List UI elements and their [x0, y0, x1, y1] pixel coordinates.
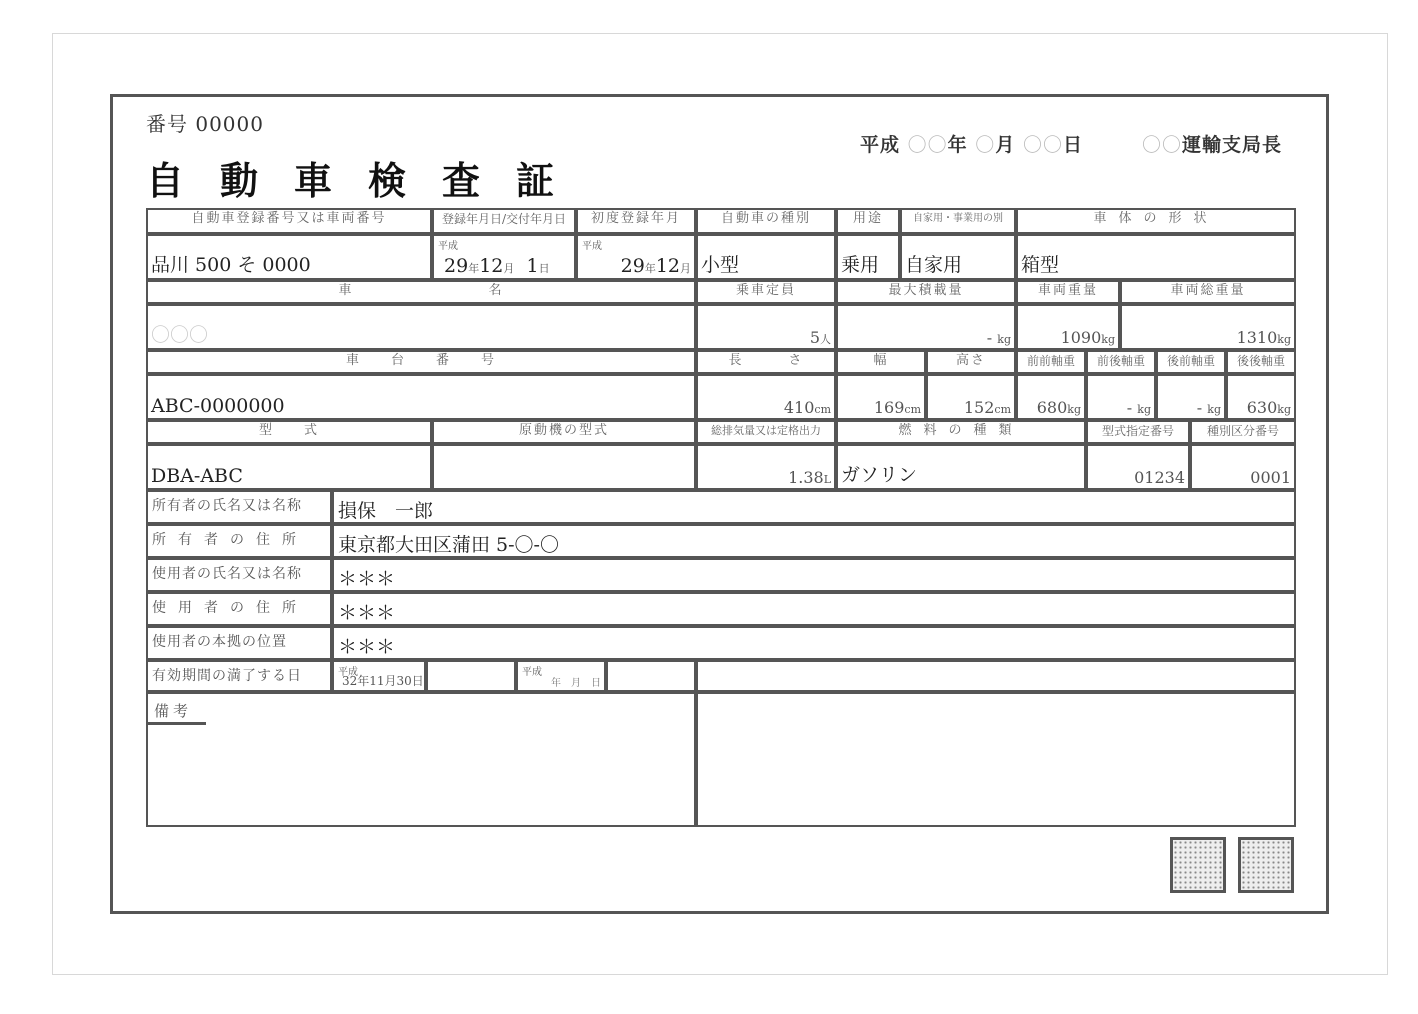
remarks-underline: [148, 722, 206, 725]
ff-axle-unit: kg: [1067, 403, 1081, 416]
max-load-number: -: [987, 328, 992, 347]
header-vehicle-weight: 車両重量: [1016, 280, 1120, 304]
width-value: 169cm: [874, 398, 921, 417]
header-registration-date: 登録年月日/交付年月日: [432, 208, 576, 234]
office-title: 運輸支局長: [1182, 134, 1282, 156]
expiry-date2-value: 年 月 日: [551, 674, 601, 689]
width-unit: cm: [904, 403, 921, 416]
fuel-type-cell: ガソリン: [836, 444, 1086, 490]
usage-cell: 乗用: [836, 234, 900, 280]
registration-number-cell: 品川 500 そ 0000: [146, 234, 432, 280]
gross-weight-number: 1310: [1237, 328, 1278, 347]
fr-axle-number: -: [1127, 398, 1132, 417]
fuel-type-value: ガソリン: [841, 460, 917, 487]
expiry-date-value: 32年11月30日: [342, 672, 424, 689]
model-cell: DBA-ABC: [146, 444, 432, 490]
width-number: 169: [874, 398, 905, 417]
person-value: ＊＊＊: [338, 598, 395, 625]
vehicle-weight-cell: 1090kg: [1016, 304, 1120, 350]
rr-axle-number: 630: [1247, 398, 1278, 417]
rf-axle-unit: kg: [1207, 403, 1221, 416]
header-rear-front-axle: 後前軸重: [1156, 350, 1226, 374]
expiry-date-cell: 平成 32年11月30日: [332, 660, 426, 692]
rf-axle-number: -: [1197, 398, 1202, 417]
person-label: 所有者の住所: [146, 524, 332, 558]
length-unit: cm: [814, 403, 831, 416]
gross-weight-cell: 1310kg: [1120, 304, 1296, 350]
header-engine-model: 原動機の型式: [432, 420, 696, 444]
header-height: 高さ: [926, 350, 1016, 374]
capacity-value: 5人: [810, 328, 831, 347]
person-value-cell: 東京都大田区蒲田 5-〇-〇: [332, 524, 1296, 558]
type-designation-cell: 01234: [1086, 444, 1190, 490]
first-registration-value: 29年12月: [621, 255, 691, 277]
office-placeholder: 〇〇: [1142, 134, 1182, 156]
private-business-value: 自家用: [905, 250, 962, 277]
first-registration-cell: 平成 29年12月: [576, 234, 696, 280]
header-private-business: 自家用・事業用の別: [900, 208, 1016, 234]
gross-weight-value: 1310kg: [1237, 328, 1291, 347]
capacity-unit: 人: [820, 333, 831, 346]
height-value: 152cm: [964, 398, 1011, 417]
registration-date-era: 平成: [438, 237, 458, 252]
registration-number-value: 品川 500 そ 0000: [151, 250, 311, 277]
header-front-rear-axle: 前後軸重: [1086, 350, 1156, 374]
front-front-axle-cell: 680kg: [1016, 374, 1086, 420]
capacity-cell: 5人: [696, 304, 836, 350]
seal-stamp-icon: [1170, 837, 1226, 893]
remarks-right: [696, 692, 1296, 827]
body-shape-value: 箱型: [1021, 250, 1059, 277]
capacity-number: 5: [810, 328, 820, 347]
type-designation-value: 01234: [1134, 468, 1185, 487]
front-front-axle-value: 680kg: [1037, 398, 1081, 417]
header-rear-rear-axle: 後後軸重: [1226, 350, 1296, 374]
header-gross-weight: 車両総重量: [1120, 280, 1296, 304]
usage-value: 乗用: [841, 250, 879, 277]
displacement-value: 1.38L: [788, 468, 831, 487]
header-width: 幅: [836, 350, 926, 374]
reg-month: 12: [479, 255, 503, 277]
reg-day: 1: [526, 255, 538, 277]
header-fuel-type: 燃料の種類: [836, 420, 1086, 444]
first-month-unit: 月: [680, 262, 691, 275]
seal-stamp-icon: [1238, 837, 1294, 893]
person-value-cell: 損保 一郎: [332, 490, 1296, 524]
reg-year: 29: [444, 255, 468, 277]
first-year-unit: 年: [645, 262, 656, 275]
issuing-office: 〇〇運輸支局長: [1142, 130, 1282, 157]
header-category-number: 種別区分番号: [1190, 420, 1296, 444]
expiry-era2: 平成: [522, 663, 542, 678]
expiry-blank-cell-1: [426, 660, 516, 692]
header-body-shape: 車体の形状: [1016, 208, 1296, 234]
expiry-label: 有効期間の満了する日: [146, 660, 332, 692]
person-value: 東京都大田区蒲田 5-〇-〇: [338, 530, 559, 557]
header-usage: 用途: [836, 208, 900, 234]
expiry-date2-cell: 平成 年 月 日: [516, 660, 606, 692]
width-cell: 169cm: [836, 374, 926, 420]
remarks-left: 備考: [146, 692, 696, 827]
header-model: 型 式: [146, 420, 432, 444]
person-label: 使用者の氏名又は名称: [146, 558, 332, 592]
header-front-front-axle: 前前軸重: [1016, 350, 1086, 374]
max-load-unit: kg: [997, 333, 1011, 346]
chassis-number-value: ABC-0000000: [151, 395, 285, 417]
person-label: 所有者の氏名又は名称: [146, 490, 332, 524]
max-load-cell: - kg: [836, 304, 1016, 350]
header-vehicle-type: 自動車の種別: [696, 208, 836, 234]
category-number-value: 0001: [1250, 468, 1291, 487]
issue-day: 〇〇: [1023, 134, 1063, 156]
vehicle-type-cell: 小型: [696, 234, 836, 280]
issue-year: 〇〇: [908, 134, 948, 156]
person-label: 使用者の住所: [146, 592, 332, 626]
front-rear-axle-cell: - kg: [1086, 374, 1156, 420]
max-load-value: - kg: [987, 328, 1011, 347]
person-value: ＊＊＊: [338, 564, 395, 591]
expiry-blank-cell-3: [696, 660, 1296, 692]
vehicle-name-cell: 〇〇〇: [146, 304, 696, 350]
header-capacity: 乗車定員: [696, 280, 836, 304]
header-type-designation: 型式指定番号: [1086, 420, 1190, 444]
rear-rear-axle-value: 630kg: [1247, 398, 1291, 417]
person-value-cell: ＊＊＊: [332, 626, 1296, 660]
ff-axle-number: 680: [1037, 398, 1068, 417]
height-number: 152: [964, 398, 995, 417]
length-value: 410cm: [784, 398, 831, 417]
private-business-cell: 自家用: [900, 234, 1016, 280]
displacement-cell: 1.38L: [696, 444, 836, 490]
height-cell: 152cm: [926, 374, 1016, 420]
person-value-cell: ＊＊＊: [332, 592, 1296, 626]
person-label: 使用者の本拠の位置: [146, 626, 332, 660]
reg-year-unit: 年: [468, 262, 479, 275]
rear-front-axle-cell: - kg: [1156, 374, 1226, 420]
displacement-unit: L: [824, 473, 831, 486]
vehicle-weight-unit: kg: [1101, 333, 1115, 346]
issue-era: 平成: [860, 134, 900, 156]
remarks-label: 備考: [154, 700, 192, 721]
vehicle-weight-number: 1090: [1061, 328, 1102, 347]
vehicle-weight-value: 1090kg: [1061, 328, 1115, 347]
category-number-cell: 0001: [1190, 444, 1296, 490]
height-unit: cm: [994, 403, 1011, 416]
header-first-registration: 初度登録年月: [576, 208, 696, 234]
expiry-blank-cell-2: [606, 660, 696, 692]
first-year: 29: [621, 255, 645, 277]
issue-date: 平成 〇〇年 〇月 〇〇日: [860, 130, 1083, 157]
rear-rear-axle-cell: 630kg: [1226, 374, 1296, 420]
person-value: ＊＊＊: [338, 632, 395, 659]
fr-axle-unit: kg: [1137, 403, 1151, 416]
body-shape-cell: 箱型: [1016, 234, 1296, 280]
rr-axle-unit: kg: [1277, 403, 1291, 416]
header-length: 長 さ: [696, 350, 836, 374]
first-registration-era: 平成: [582, 237, 602, 252]
registration-date-cell: 平成 29年12月 1日: [432, 234, 576, 280]
vehicle-name-value: 〇〇〇: [151, 320, 208, 347]
person-value: 損保 一郎: [338, 496, 433, 523]
reg-day-unit: 日: [539, 262, 550, 275]
chassis-number-cell: ABC-0000000: [146, 374, 696, 420]
gross-weight-unit: kg: [1277, 333, 1291, 346]
length-number: 410: [784, 398, 815, 417]
model-value: DBA-ABC: [151, 465, 243, 487]
first-month: 12: [656, 255, 680, 277]
header-chassis-number: 車 台 番 号: [146, 350, 696, 374]
issue-month: 〇: [975, 134, 995, 156]
month-unit: 月: [995, 134, 1015, 156]
reg-month-unit: 月: [503, 262, 514, 275]
registration-date-value: 29年12月 1日: [444, 255, 550, 277]
day-unit: 日: [1063, 134, 1083, 156]
vehicle-type-value: 小型: [701, 250, 739, 277]
person-value-cell: ＊＊＊: [332, 558, 1296, 592]
length-cell: 410cm: [696, 374, 836, 420]
header-registration-number: 自動車登録番号又は車両番号: [146, 208, 432, 234]
header-max-load: 最大積載量: [836, 280, 1016, 304]
rear-front-axle-value: - kg: [1197, 398, 1221, 417]
header-displacement: 総排気量又は定格出力: [696, 420, 836, 444]
header-vehicle-name: 車 名: [146, 280, 696, 304]
displacement-number: 1.38: [788, 468, 824, 487]
certificate-title: 自動車検査証: [146, 150, 590, 205]
certificate-number: 番号 00000: [146, 108, 264, 137]
engine-model-cell: [432, 444, 696, 490]
year-unit: 年: [948, 134, 968, 156]
front-rear-axle-value: - kg: [1127, 398, 1151, 417]
